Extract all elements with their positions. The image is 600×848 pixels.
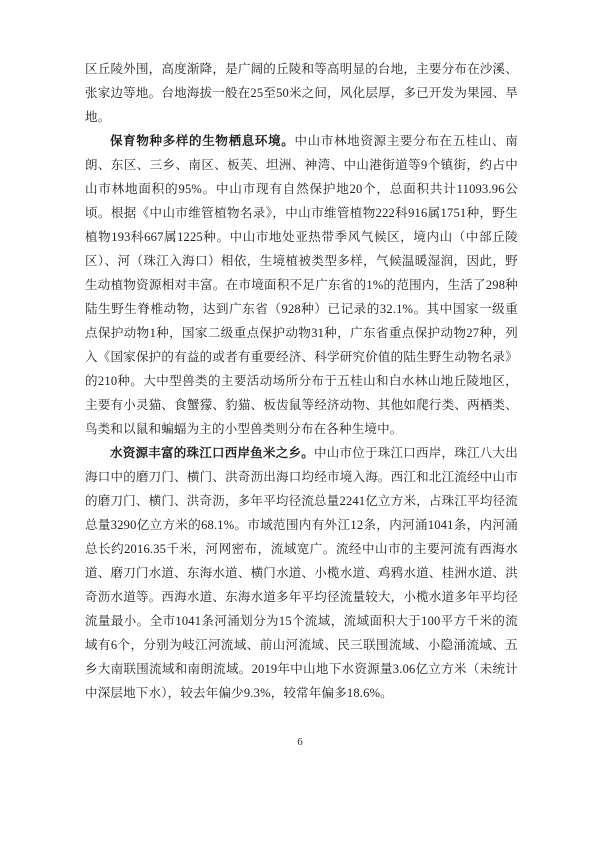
paragraph-text: 中山市林地资源主要分布在五桂山、南朗、东区、三乡、南区、板芙、坦洲、神湾、中山港… [85,134,518,436]
paragraph-text: 区丘陵外围，高度渐降，是广阔的丘陵和等高明显的台地，主要分布在沙溪、张家边等地。… [85,62,518,124]
page-number: 6 [0,736,600,748]
paragraph-water-resources: 水资源丰富的珠江口西岸鱼米之乡。中山市位于珠江口西岸，珠江八大出海口中的磨刀门、… [85,441,518,705]
paragraph-text: 中山市位于珠江口西岸，珠江八大出海口中的磨刀门、横门、洪奇沥出海口均经市境入海。… [85,446,518,700]
paragraph-biodiversity: 保育物种多样的生物栖息环境。中山市林地资源主要分布在五桂山、南朗、东区、三乡、南… [85,129,518,441]
paragraph-lead: 保育物种多样的生物栖息环境。 [110,134,294,148]
page-body-text: 区丘陵外围，高度渐降，是广阔的丘陵和等高明显的台地，主要分布在沙溪、张家边等地。… [0,0,600,705]
document-page: 区丘陵外围，高度渐降，是广阔的丘陵和等高明显的台地，主要分布在沙溪、张家边等地。… [0,0,600,848]
paragraph-lead: 水资源丰富的珠江口西岸鱼米之乡。 [110,446,314,460]
paragraph-terrain-continuation: 区丘陵外围，高度渐降，是广阔的丘陵和等高明显的台地，主要分布在沙溪、张家边等地。… [85,57,518,129]
